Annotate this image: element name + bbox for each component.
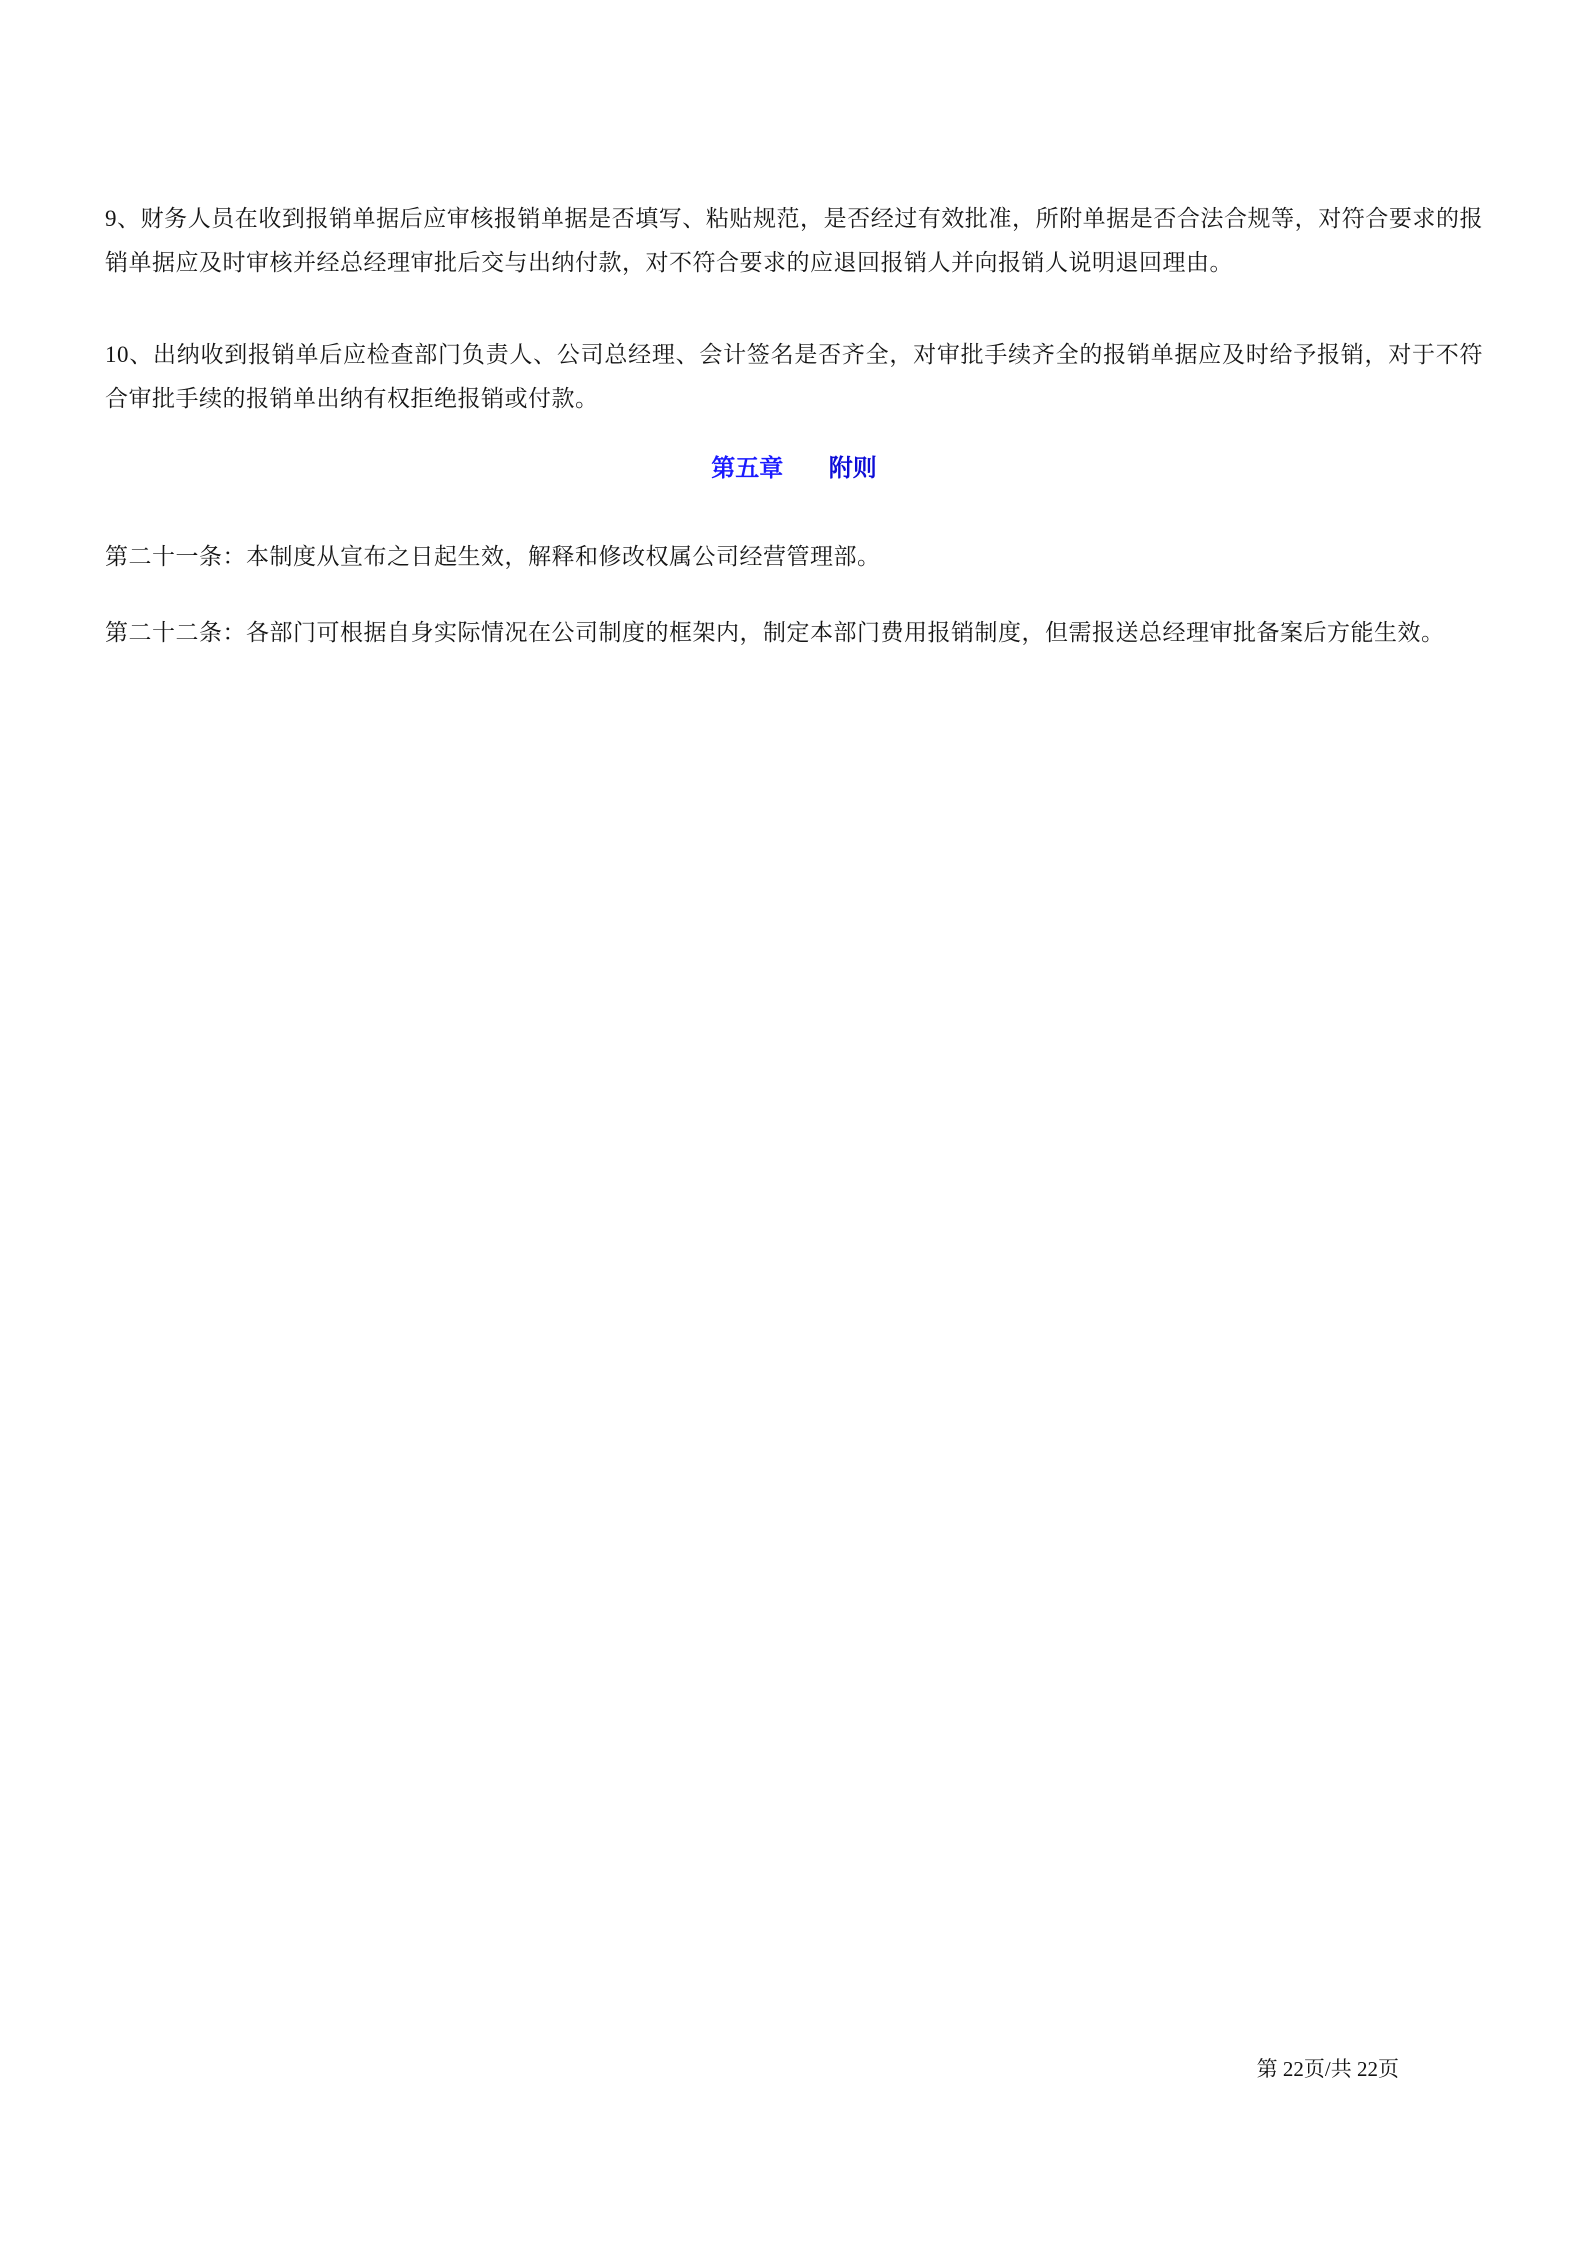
document-page: 9、财务人员在收到报销单据后应审核报销单据是否填写、粘贴规范，是否经过有效批准，… xyxy=(0,0,1587,2245)
document-body: 9、财务人员在收到报销单据后应审核报销单据是否填写、粘贴规范，是否经过有效批准，… xyxy=(105,197,1483,655)
chapter-title: 附则 xyxy=(829,456,877,482)
page-number-indicator: 第 22页/共 22页 xyxy=(1257,2052,1399,2086)
paragraph-item-10: 10、出纳收到报销单后应检查部门负责人、公司总经理、会计签名是否齐全，对审批手续… xyxy=(105,333,1483,421)
chapter-heading: 第五章附则 xyxy=(105,447,1483,491)
article-22: 第二十二条：各部门可根据自身实际情况在公司制度的框架内，制定本部门费用报销制度，… xyxy=(105,611,1483,655)
paragraph-item-9: 9、财务人员在收到报销单据后应审核报销单据是否填写、粘贴规范，是否经过有效批准，… xyxy=(105,197,1483,285)
chapter-number: 第五章 xyxy=(711,456,783,482)
article-21: 第二十一条：本制度从宣布之日起生效，解释和修改权属公司经营管理部。 xyxy=(105,535,1483,579)
